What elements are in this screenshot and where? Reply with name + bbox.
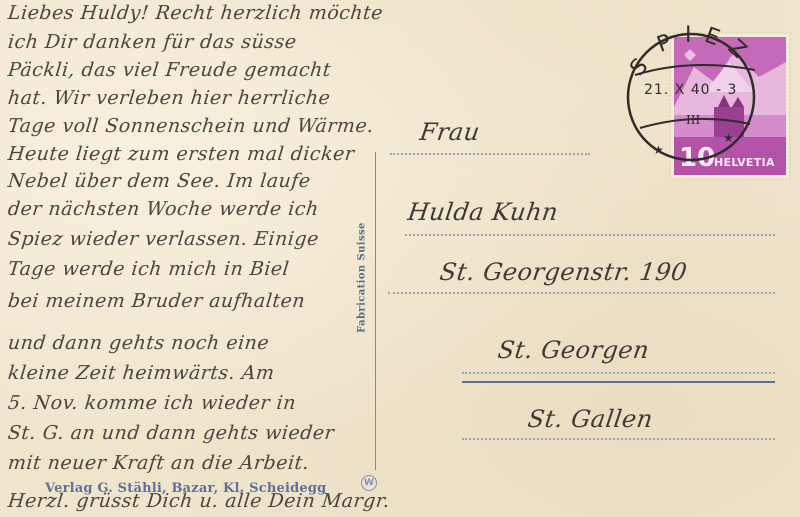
address-line-3 (388, 292, 775, 294)
message-line: kleine Zeit heimwärts. Am (7, 362, 276, 384)
message-line: ich Dir danken für das süsse (7, 31, 298, 53)
address-line-1 (390, 153, 590, 155)
fabrication-label: Fabrication Suisse (357, 218, 368, 338)
publisher-imprint: Verlag G. Stähli, Bazar, Kl. Scheidegg (45, 481, 326, 496)
address-town: St. Georgen (496, 336, 651, 364)
address-line-4 (462, 372, 775, 374)
address-salutation: Frau (418, 118, 482, 146)
message-line: Nebel über dem See. Im laufe (7, 170, 312, 192)
message-line: Heute liegt zum ersten mal dicker (7, 143, 356, 165)
address-underline-solid (462, 381, 775, 383)
svg-text:E: E (701, 23, 723, 51)
svg-text:★: ★ (723, 131, 734, 145)
postmark-date: 21. X 40 - 3 (644, 82, 737, 98)
svg-text:Z: Z (723, 35, 751, 64)
message-line: Tage werde ich mich in Biel (7, 258, 291, 280)
message-line: und dann gehts noch eine (7, 332, 270, 354)
message-line: hat. Wir verleben hier herrliche (7, 87, 332, 109)
address-line-5 (462, 438, 775, 440)
message-line: Liebes Huldy! Recht herzlich möchte (7, 2, 384, 24)
message-line: Päckli, das viel Freude gemacht (7, 59, 332, 81)
message-line: bei meinem Bruder aufhalten (7, 290, 306, 312)
publisher-logo-icon: W (361, 475, 377, 491)
message-line: St. G. an und dann gehts wieder (7, 422, 336, 444)
address-line-2 (405, 234, 775, 236)
svg-text:★: ★ (653, 143, 664, 157)
postmark-roman: III (686, 113, 700, 127)
address-street: St. Georgenstr. 190 (438, 258, 689, 286)
message-line: Tage voll Sonnenschein und Wärme. (7, 115, 375, 137)
svg-text:S: S (625, 54, 653, 81)
svg-text:I: I (685, 23, 692, 48)
address-city: St. Gallen (526, 405, 655, 433)
address-name: Hulda Kuhn (406, 198, 560, 226)
message-line: mit neuer Kraft an die Arbeit. (7, 452, 311, 474)
center-divider (375, 152, 376, 470)
svg-text:P: P (654, 30, 675, 58)
message-line: Spiez wieder verlassen. Einige (7, 228, 320, 250)
postcard-back: Liebes Huldy! Recht herzlich möchte ich … (0, 0, 800, 517)
message-line: der nächsten Woche werde ich (7, 198, 320, 220)
message-line: 5. Nov. komme ich wieder in (7, 392, 297, 414)
